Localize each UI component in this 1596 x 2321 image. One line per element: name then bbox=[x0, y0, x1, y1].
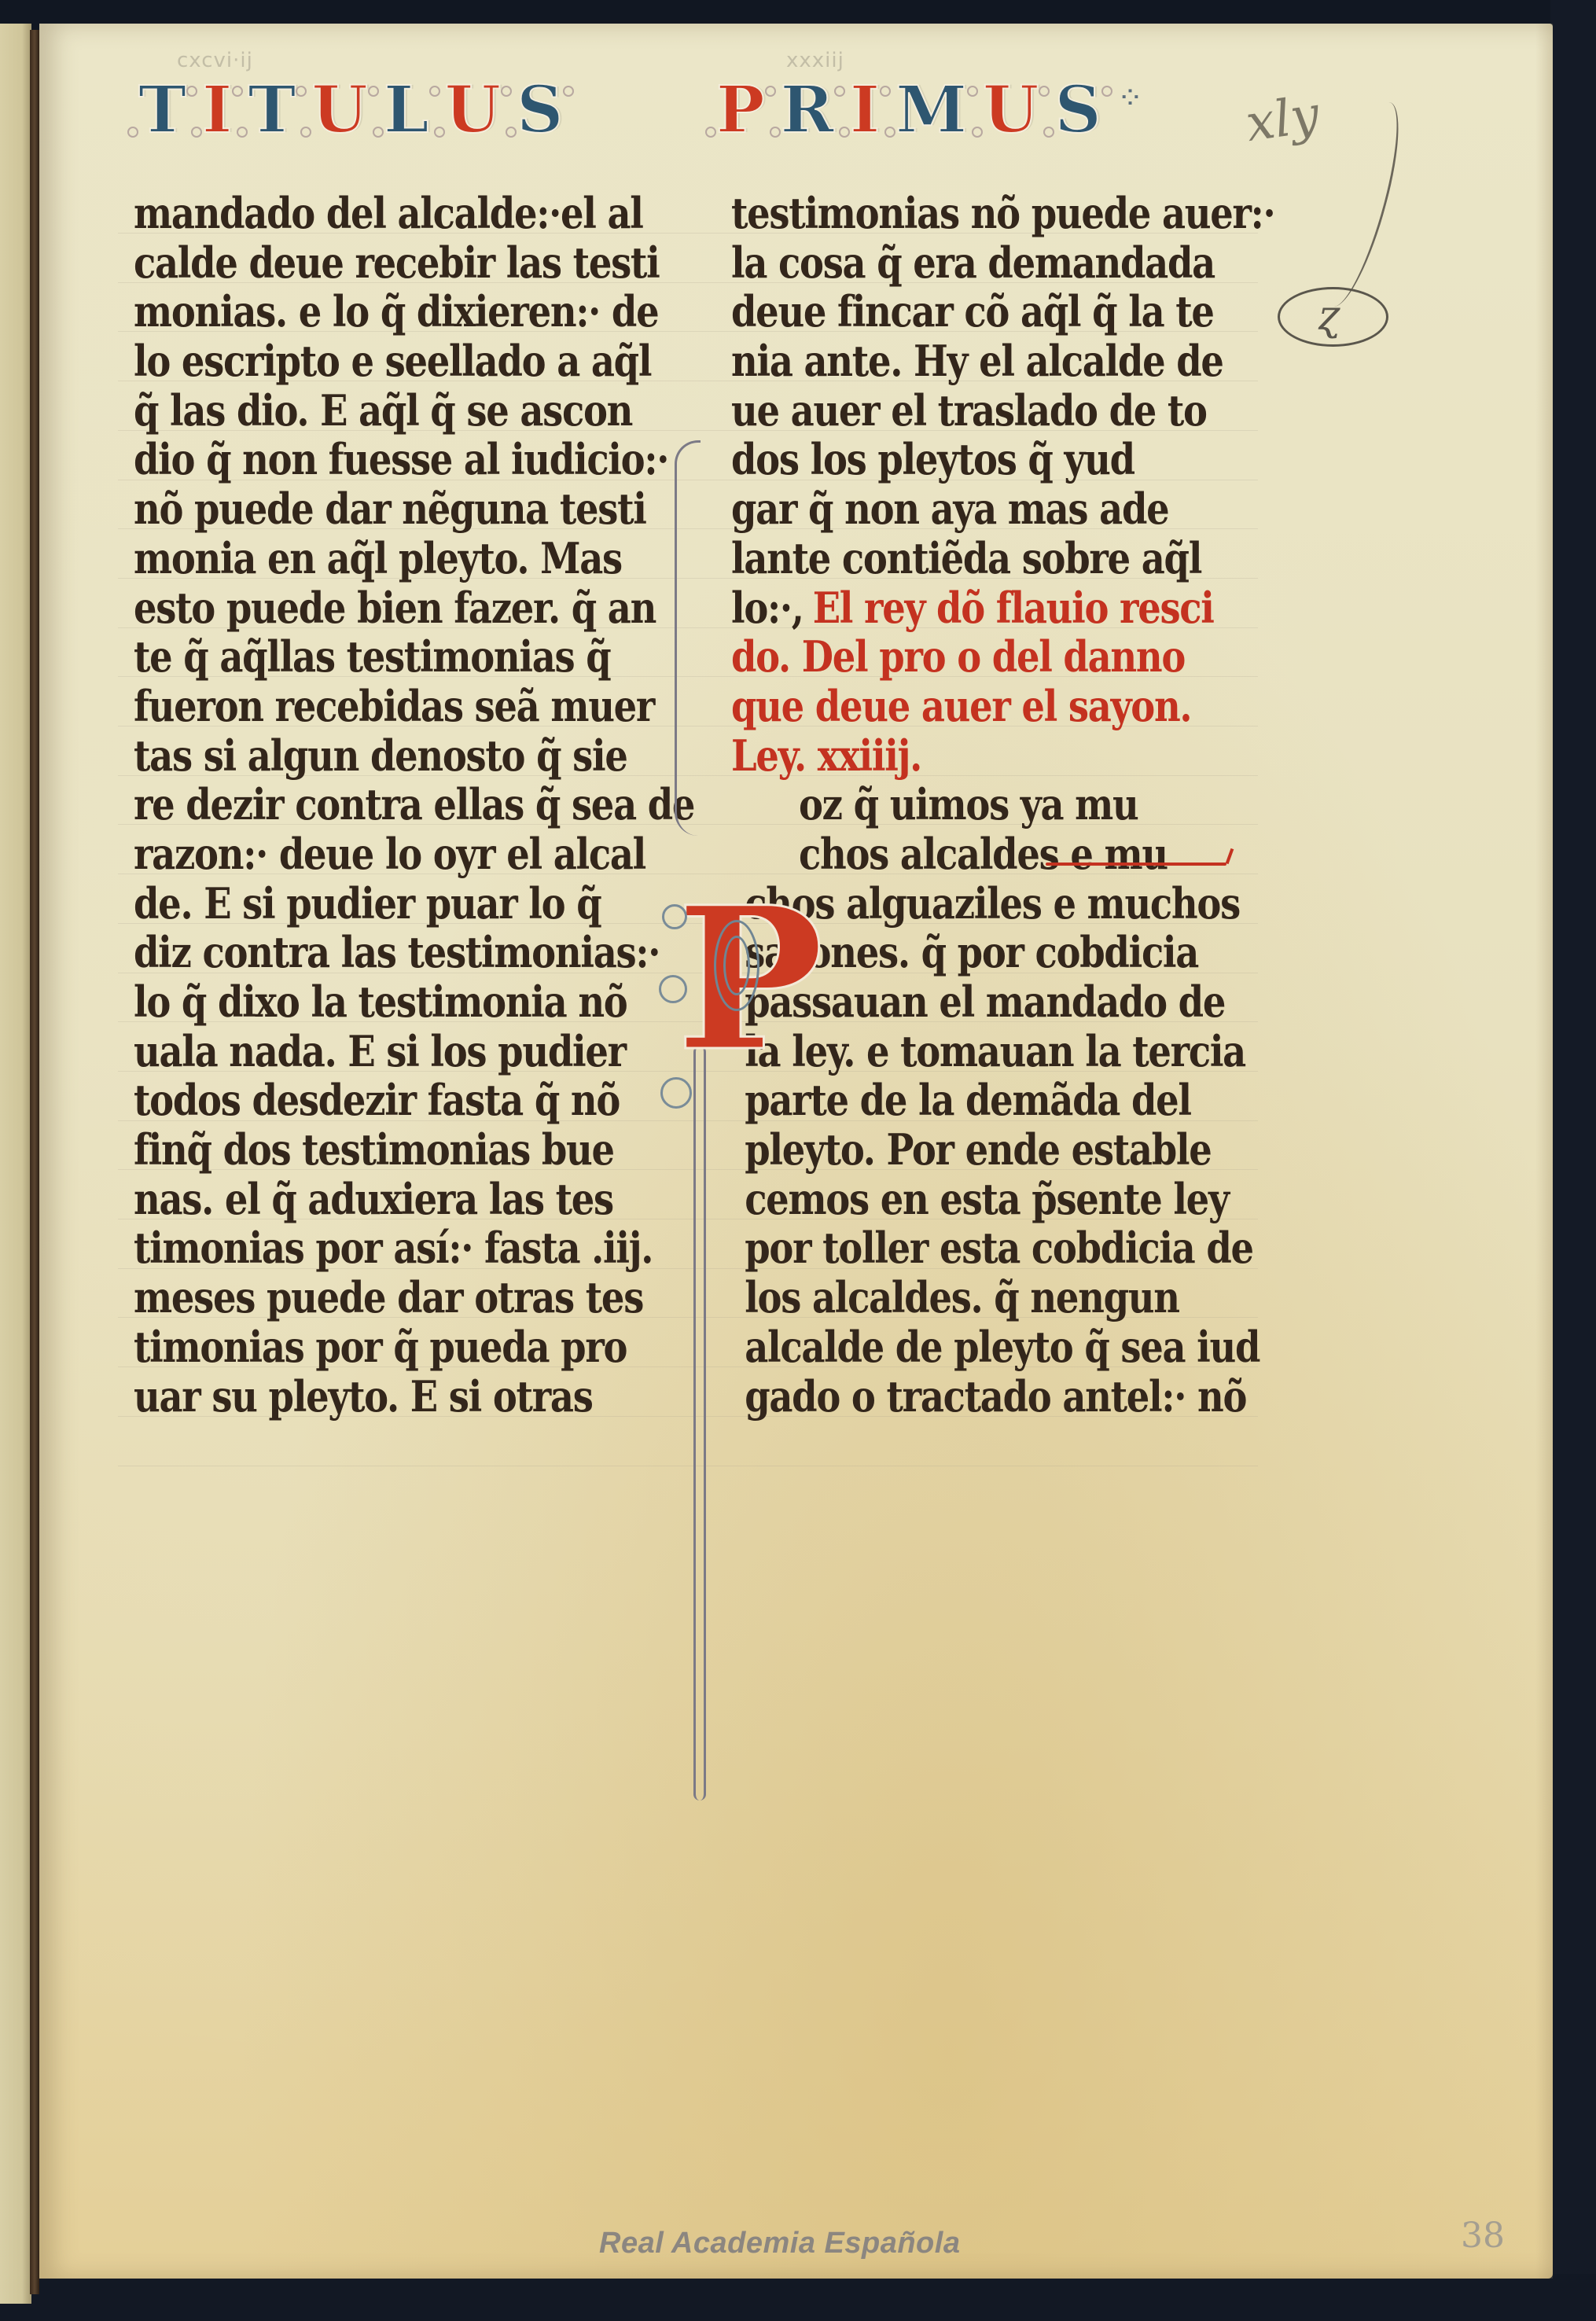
line-text: testimonias nõ puede auer:· bbox=[731, 188, 1274, 238]
binding-gutter bbox=[30, 30, 39, 2294]
heading-letter: T bbox=[134, 75, 191, 145]
text-column-left: mandado del alcalde:·el alcalde deue rec… bbox=[134, 189, 668, 1421]
text-line: meses puede dar otras tes bbox=[134, 1273, 594, 1322]
text-line: gar q̃ non aya mas ade bbox=[731, 484, 1218, 534]
text-line: mandado del alcalde:·el al bbox=[134, 189, 594, 238]
text-line: finq̃ dos testimonias bue bbox=[134, 1125, 594, 1175]
rubric-line: que deue auer el sayon. bbox=[731, 682, 1218, 731]
text-line: esto puede bien fazer. q̃ an bbox=[134, 583, 594, 633]
heading-letter: U bbox=[978, 75, 1044, 145]
text-line: oz q̃ uimos ya mu bbox=[731, 780, 1218, 829]
line-text: gado o tractado antel:· nõ bbox=[745, 1371, 1246, 1422]
text-line: lo q̃ dixo la testimonia nõ bbox=[134, 977, 594, 1027]
watermark-real-academia: Real Academia Española bbox=[599, 2227, 960, 2260]
initial-flourish-upper bbox=[675, 440, 701, 836]
text-line: gado o tractado antel:· nõ bbox=[731, 1372, 1218, 1422]
text-line: monias. e lo q̃ dixieren:· de bbox=[134, 287, 594, 337]
text-line: timonias por q̃ pueda pro bbox=[134, 1322, 594, 1372]
heading-letter: S bbox=[512, 75, 568, 145]
initial-flourish-stem bbox=[693, 1046, 706, 1801]
heading-letter: I bbox=[845, 75, 884, 145]
ruling-line bbox=[118, 1466, 1258, 1466]
heading-primus: P R I M U S ⁘ bbox=[712, 75, 1143, 145]
heading-letter: P bbox=[712, 75, 770, 145]
text-line: los alcaldes. q̃ nengun bbox=[731, 1273, 1218, 1322]
flourish-curl-icon bbox=[662, 904, 687, 929]
line-text: lante contiẽda sobre aq̃l bbox=[731, 533, 1201, 583]
text-line: diz contra las testimonias:· bbox=[134, 928, 594, 977]
text-line: dio q̃ non fuesse al iudicio:· bbox=[134, 435, 594, 484]
text-line: alcalde de pleyto q̃ sea iud bbox=[731, 1322, 1218, 1372]
heading-letter: M bbox=[891, 75, 972, 145]
heading-letter: U bbox=[440, 75, 506, 145]
illuminated-initial: P bbox=[676, 888, 814, 1054]
text-line: uar su pleyto. E si otras bbox=[134, 1372, 594, 1422]
scan-background-bottom bbox=[0, 2274, 1596, 2321]
previous-page-edge bbox=[0, 24, 31, 2304]
line-text: que deue auer el sayon. bbox=[731, 681, 1191, 731]
heading-letter: U bbox=[307, 75, 373, 145]
line-text: por toller esta cobdicia de bbox=[745, 1223, 1253, 1273]
text-line: re dezir contra ellas q̃ sea de bbox=[134, 780, 594, 829]
text-line: nõ puede dar nẽguna testi bbox=[134, 484, 594, 534]
heading-titulus: T I T U L U S bbox=[134, 75, 568, 145]
heading-letter: I bbox=[197, 75, 237, 145]
text-line: razon:· deue lo oyr el alcal bbox=[134, 829, 594, 879]
line-text: chos alcaldes e mu bbox=[799, 829, 1168, 879]
scan-background-right bbox=[1550, 0, 1596, 2321]
flourish-curl-icon bbox=[660, 1077, 692, 1109]
line-text: Ley. xxiiij. bbox=[731, 730, 921, 781]
text-line: ue auer el traslado de to bbox=[731, 386, 1218, 436]
text-line: monia en aq̃l pleyto. Mas bbox=[134, 534, 594, 583]
line-text: la cosa q̃ era demandada bbox=[731, 237, 1215, 288]
text-line: todos desdezir fasta q̃ nõ bbox=[134, 1076, 594, 1125]
heading-trailing-mark: ⁘ bbox=[1117, 89, 1144, 108]
text-line: lo:·,El rey dõ flauio resci bbox=[731, 583, 1218, 633]
text-line: dos los pleytos q̃ yud bbox=[731, 435, 1218, 484]
pencil-mark-right: xxxiij bbox=[786, 49, 844, 72]
text-line: te q̃ aq̃llas testimonias q̃ bbox=[134, 632, 594, 682]
circled-mark-glyph: ɀ bbox=[1318, 292, 1339, 340]
line-text: nia ante. Hy el alcalde de bbox=[731, 336, 1223, 386]
rubric-line: Ley. xxiiij. bbox=[731, 731, 1218, 781]
text-line: q̃ las dio. E aq̃l q̃ se ascon bbox=[134, 386, 594, 436]
text-line: por toller esta cobdicia de bbox=[731, 1223, 1218, 1273]
text-line: timonias por así:· fasta .iij. bbox=[134, 1223, 594, 1273]
text-line: deue fincar cõ aq̃l q̃ la te bbox=[731, 287, 1218, 337]
line-text: lo:·, bbox=[731, 583, 804, 633]
line-text: pleyto. Por ende estable bbox=[745, 1124, 1211, 1175]
page-number: 38 bbox=[1461, 2216, 1505, 2256]
text-line: fueron recebidas seã muer bbox=[134, 682, 594, 731]
line-text: deue fincar cõ aq̃l q̃ la te bbox=[731, 286, 1214, 337]
heading-letter: L bbox=[379, 75, 434, 145]
line-text: dos los pleytos q̃ yud bbox=[731, 434, 1134, 484]
line-text: do. Del pro o del danno bbox=[731, 631, 1185, 682]
text-line: testimonias nõ puede auer:· bbox=[731, 189, 1218, 238]
text-line: nas. el q̃ aduxiera las tes bbox=[134, 1175, 594, 1224]
line-text: oz q̃ uimos ya mu bbox=[799, 779, 1138, 829]
heading-letter: S bbox=[1050, 75, 1105, 145]
margin-circled-mark: ɀ bbox=[1278, 287, 1388, 347]
initial-bowl-ornament-inner bbox=[723, 936, 750, 995]
line-text: alcalde de pleyto q̃ sea iud bbox=[745, 1322, 1260, 1372]
heading-letter: T bbox=[243, 75, 300, 145]
rubric-line-filler bbox=[1046, 863, 1226, 866]
line-text: ue auer el traslado de to bbox=[731, 385, 1207, 436]
text-line: lante contiẽda sobre aq̃l bbox=[731, 534, 1218, 583]
text-line: pleyto. Por ende estable bbox=[731, 1125, 1218, 1175]
line-text: cemos en esta p̃sente ley bbox=[745, 1174, 1228, 1224]
text-line: cemos en esta p̃sente ley bbox=[731, 1175, 1218, 1224]
rubric-line: do. Del pro o del danno bbox=[731, 632, 1218, 682]
line-text: gar q̃ non aya mas ade bbox=[731, 484, 1168, 534]
text-line: de. E si pudier puar lo q̃ bbox=[134, 879, 594, 929]
text-line: calde deue recebir las testi bbox=[134, 238, 594, 288]
rubric-title-start: El rey dõ flauio resci bbox=[813, 583, 1214, 633]
text-line: lo escripto e seellado a aq̃l bbox=[134, 337, 594, 386]
margin-folio-note: xly bbox=[1242, 86, 1322, 153]
text-line: tas si algun denosto q̃ sie bbox=[134, 731, 594, 781]
pencil-mark-left: cxcvi·ij bbox=[177, 49, 253, 72]
text-line: la cosa q̃ era demandada bbox=[731, 238, 1218, 288]
text-line: uala nada. E si los pudier bbox=[134, 1027, 594, 1076]
flourish-curl-icon bbox=[659, 975, 687, 1003]
heading-letter: R bbox=[776, 75, 839, 145]
line-text: los alcaldes. q̃ nengun bbox=[745, 1272, 1179, 1322]
text-column-right: testimonias nõ puede auer:·la cosa q̃ er… bbox=[731, 189, 1297, 1421]
text-line: nia ante. Hy el alcalde de bbox=[731, 337, 1218, 386]
